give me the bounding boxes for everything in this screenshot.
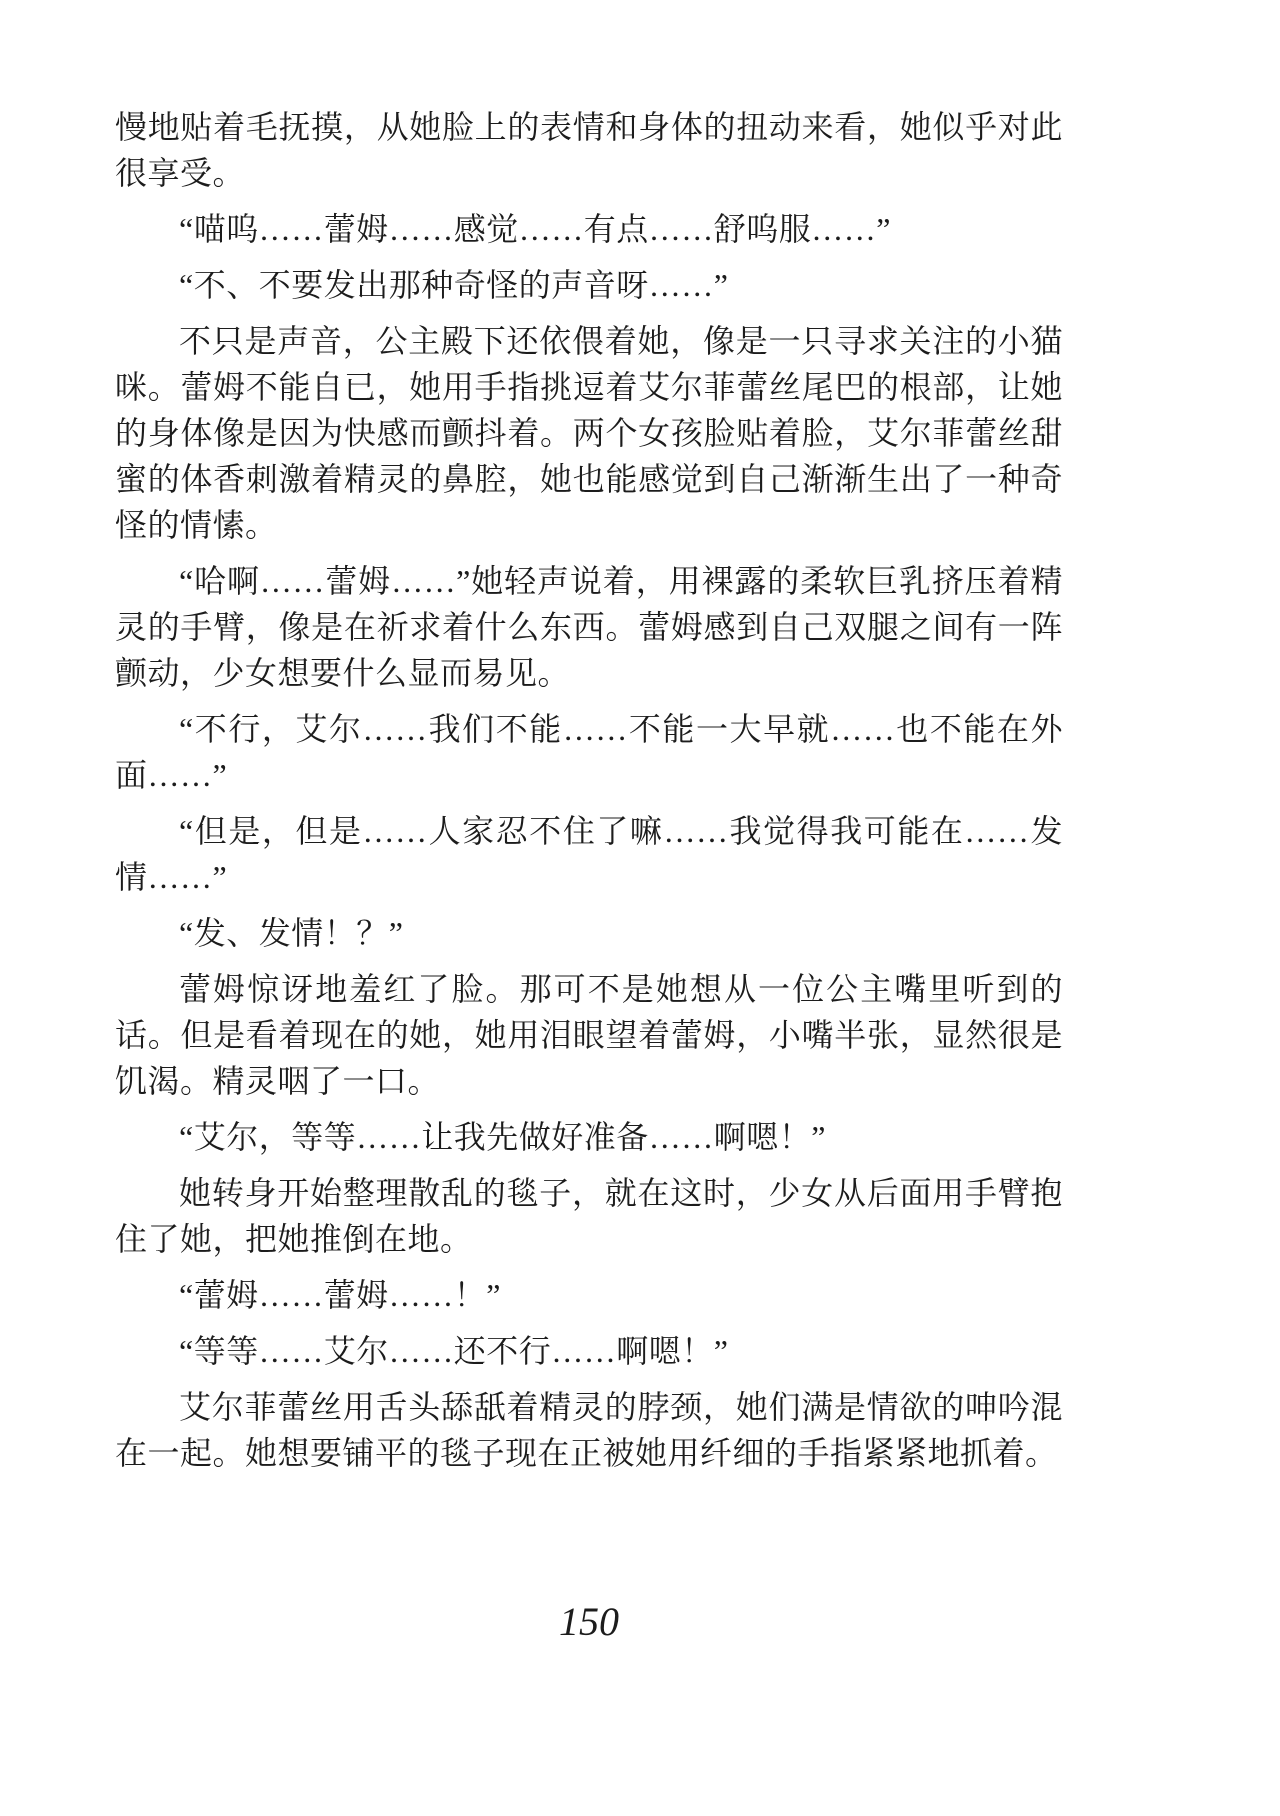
dialogue-paragraph: “发、发情！？” xyxy=(115,910,1063,956)
dialogue-paragraph: “等等……艾尔……还不行……啊嗯！” xyxy=(115,1328,1063,1374)
dialogue-paragraph: “蕾姆……蕾姆……！” xyxy=(115,1272,1063,1318)
dialogue-paragraph: “不行，艾尔……我们不能……不能一大早就……也不能在外面……” xyxy=(115,706,1063,798)
paragraph: 慢地贴着毛抚摸，从她脸上的表情和身体的扭动来看，她似乎对此很享受。 xyxy=(115,104,1063,196)
paragraph: 她转身开始整理散乱的毯子，就在这时，少女从后面用手臂抱住了她，把她推倒在地。 xyxy=(115,1170,1063,1262)
paragraph: 艾尔菲蕾丝用舌头舔舐着精灵的脖颈，她们满是情欲的呻吟混在一起。她想要铺平的毯子现… xyxy=(115,1384,1063,1476)
paragraph: “哈啊……蕾姆……”她轻声说着，用裸露的柔软巨乳挤压着精灵的手臂，像是在祈求着什… xyxy=(115,558,1063,696)
dialogue-paragraph: “艾尔，等等……让我先做好准备……啊嗯！” xyxy=(115,1114,1063,1160)
paragraph: 不只是声音，公主殿下还依偎着她，像是一只寻求关注的小猫咪。蕾姆不能自已，她用手指… xyxy=(115,318,1063,548)
paragraph: 蕾姆惊讶地羞红了脸。那可不是她想从一位公主嘴里听到的话。但是看着现在的她，她用泪… xyxy=(115,966,1063,1104)
dialogue-paragraph: “不、不要发出那种奇怪的声音呀……” xyxy=(115,262,1063,308)
dialogue-paragraph: “但是，但是……人家忍不住了嘛……我觉得我可能在……发情……” xyxy=(115,808,1063,900)
page-text: 慢地贴着毛抚摸，从她脸上的表情和身体的扭动来看，她似乎对此很享受。 “喵呜……蕾… xyxy=(115,104,1063,1486)
page-number: 150 xyxy=(115,1598,1063,1646)
dialogue-paragraph: “喵呜……蕾姆……感觉……有点……舒呜服……” xyxy=(115,206,1063,252)
book-page: 慢地贴着毛抚摸，从她脸上的表情和身体的扭动来看，她似乎对此很享受。 “喵呜……蕾… xyxy=(0,0,1280,1816)
